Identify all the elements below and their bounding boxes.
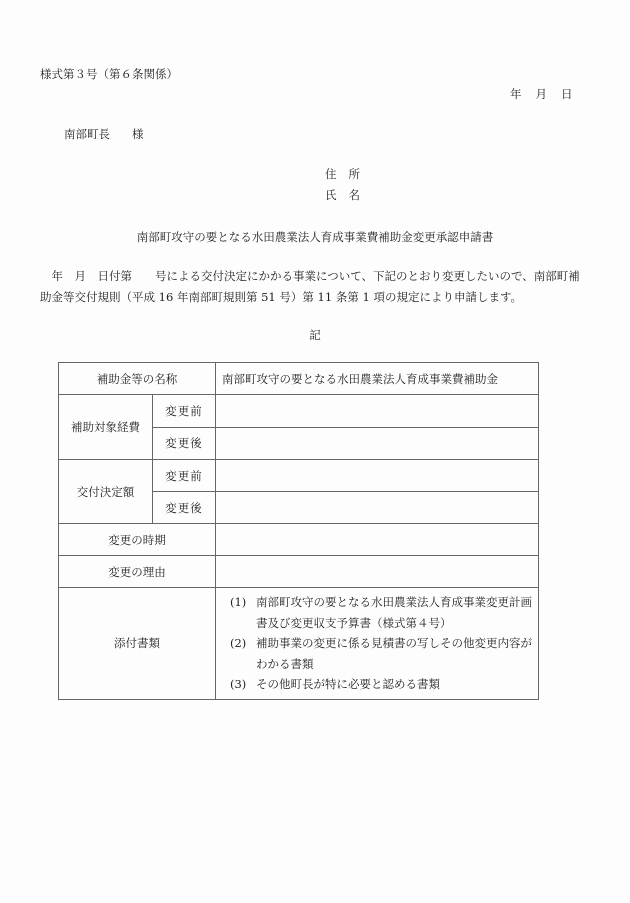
table-row: 変更の時期 xyxy=(59,524,539,556)
change-timing-value[interactable] xyxy=(216,524,539,556)
change-reason-label: 変更の理由 xyxy=(59,556,216,588)
grant-amount-label: 交付決定額 xyxy=(59,460,153,524)
addressee: 南部町長様 xyxy=(64,126,144,142)
ki-heading: 記 xyxy=(0,327,630,343)
table-row: 補助金等の名称 南部町攻守の要となる水田農業法人育成事業費補助金 xyxy=(59,363,539,395)
application-table: 補助金等の名称 南部町攻守の要となる水田農業法人育成事業費補助金 補助対象経費 … xyxy=(58,362,539,700)
address-label: 住所 xyxy=(325,166,372,182)
grant-amount-after-label: 変更後 xyxy=(153,492,216,524)
attachments-list: (1) 南部町攻守の要となる水田農業法人育成事業変更計画書及び変更収支予算書（様… xyxy=(216,588,539,700)
table-row: 補助対象経費 変更前 xyxy=(59,395,539,428)
honorific: 様 xyxy=(132,127,144,141)
change-timing-label: 変更の時期 xyxy=(59,524,216,556)
body-paragraph: 年 月 日付第 号による交付決定にかかる事業について、下記のとおり変更したいので… xyxy=(40,266,588,308)
addressee-name: 南部町長 xyxy=(64,127,110,141)
list-item: (2) 補助事業の変更に係る見積書の写しその他変更内容がわかる書類 xyxy=(230,633,538,674)
name-label: 氏名 xyxy=(325,187,372,203)
subsidy-name-value: 南部町攻守の要となる水田農業法人育成事業費補助金 xyxy=(216,363,539,395)
eligible-cost-after-value[interactable] xyxy=(216,427,539,460)
grant-amount-before-value[interactable] xyxy=(216,460,539,492)
table-row: 交付決定額 変更前 xyxy=(59,460,539,492)
grant-amount-before-label: 変更前 xyxy=(153,460,216,492)
subsidy-name-label: 補助金等の名称 xyxy=(59,363,216,395)
list-item: (1) 南部町攻守の要となる水田農業法人育成事業変更計画書及び変更収支予算書（様… xyxy=(230,592,538,633)
date-day: 日 xyxy=(561,87,573,101)
date-year: 年 xyxy=(510,87,522,101)
table-row: 変更の理由 xyxy=(59,556,539,588)
attachments-label: 添付書類 xyxy=(59,588,216,700)
form-number: 様式第３号（第６条関係） xyxy=(40,66,178,82)
list-item: (3) その他町長が特に必要と認める書類 xyxy=(230,674,538,695)
eligible-cost-label: 補助対象経費 xyxy=(59,395,153,460)
eligible-cost-before-value[interactable] xyxy=(216,395,539,428)
change-reason-value[interactable] xyxy=(216,556,539,588)
table-row: 添付書類 (1) 南部町攻守の要となる水田農業法人育成事業変更計画書及び変更収支… xyxy=(59,588,539,700)
date-month: 月 xyxy=(536,87,548,101)
date-line: 年月日 xyxy=(510,86,573,102)
eligible-cost-after-label: 変更後 xyxy=(153,427,216,460)
grant-amount-after-value[interactable] xyxy=(216,492,539,524)
document-title: 南部町攻守の要となる水田農業法人育成事業費補助金変更承認申請書 xyxy=(0,229,630,245)
eligible-cost-before-label: 変更前 xyxy=(153,395,216,428)
